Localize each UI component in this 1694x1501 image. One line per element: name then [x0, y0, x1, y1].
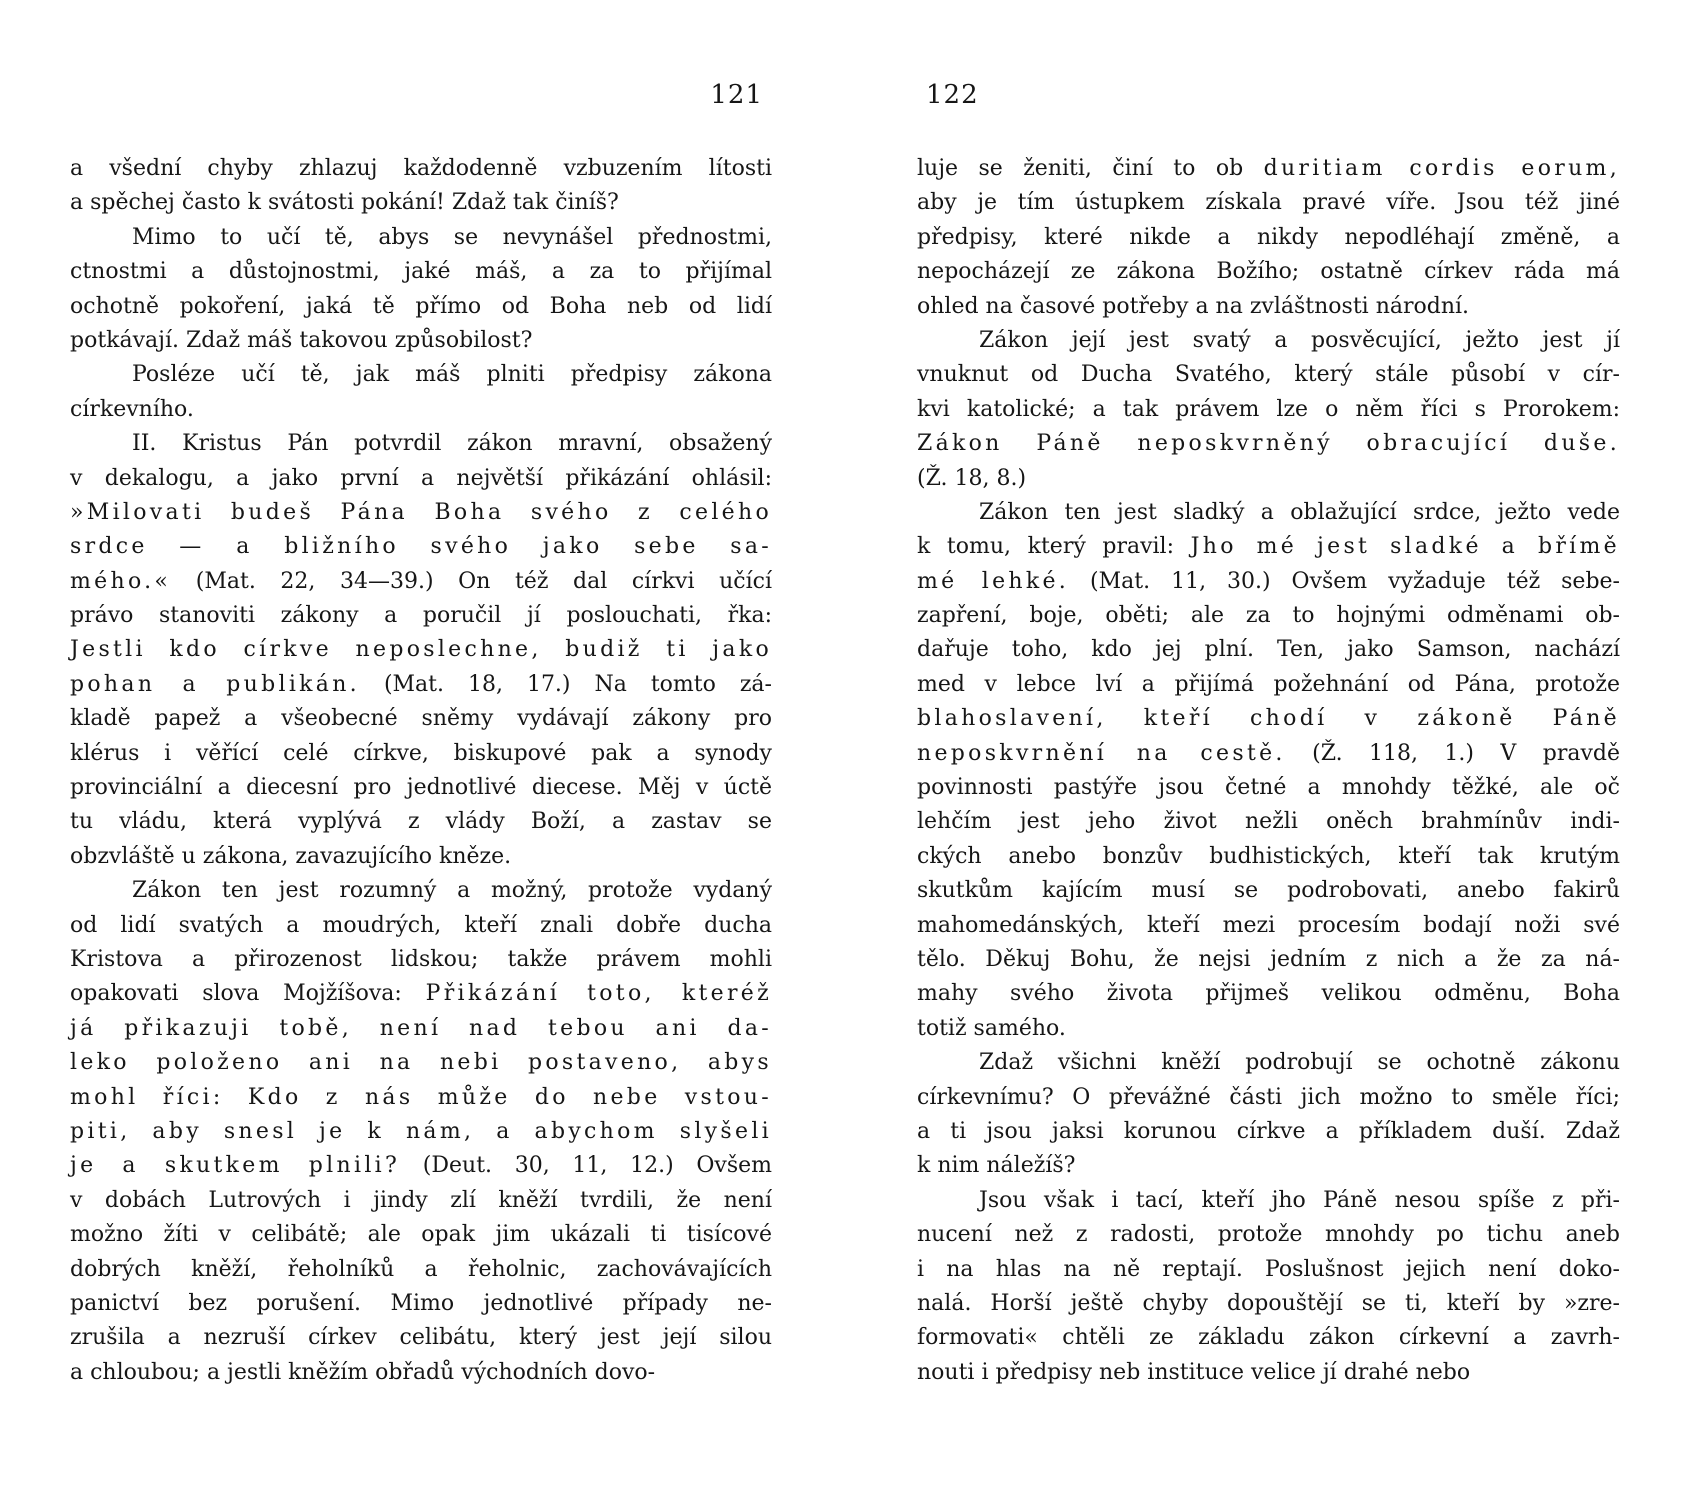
- text-segment: od lidí svatých a moudrých, kteří znali …: [70, 913, 772, 938]
- text-segment: formovati« chtěli ze základu zákon círke…: [917, 1325, 1620, 1350]
- text-line: ckých anebo bonzův budhistických, kteří …: [917, 840, 1620, 874]
- text-segment: nucení než z radosti, protože mnohdy po …: [917, 1222, 1620, 1247]
- text-segment: Jsou však i tací, kteří jho Páně nesou s…: [979, 1188, 1620, 1213]
- text-line: mohl říci: Kdo z nás může do nebe vstou-: [70, 1081, 772, 1115]
- text-line: Zákon ten jest sladký a oblažující srdce…: [917, 496, 1620, 530]
- text-line: piti, aby snesl je k nám, a abychom slyš…: [70, 1115, 772, 1149]
- text-segment: provinciální a diecesní pro jednotlivé d…: [70, 775, 772, 800]
- text-line: obzvláště u zákona, zavazujícího kněze.: [70, 840, 772, 874]
- text-line: nucení než z radosti, protože mnohdy po …: [917, 1218, 1620, 1252]
- text-segment: luje se ženiti, činí to ob: [917, 156, 1264, 181]
- text-segment: tělo. Děkuj Bohu, že nejsi jedním z nich…: [917, 947, 1620, 972]
- text-line: potkávají. Zdaž máš takovou způsobilost?: [70, 324, 772, 358]
- text-line: ctnostmi a důstojnostmi, jaké máš, a za …: [70, 255, 772, 289]
- text-segment: klérus i věřící celé církve, biskupové p…: [70, 741, 772, 766]
- text-line: luje se ženiti, činí to ob duritiam cord…: [917, 152, 1620, 186]
- text-segment: kladě papež a všeobecné sněmy vydávají z…: [70, 706, 772, 731]
- emphasized-text-segment: »Milovati budeš Pána Boha svého z celého: [70, 500, 772, 525]
- text-line: a chloubou; a jestli kněžím obřadů výcho…: [70, 1356, 772, 1390]
- text-segment: (Ž. 118, 1.) V pravdě: [1286, 741, 1620, 766]
- text-segment: povinnosti pastýře jsou četné a mnohdy t…: [917, 775, 1620, 800]
- text-line: dařuje toho, kdo jej plní. Ten, jako Sam…: [917, 633, 1620, 667]
- text-segment: právo stanoviti zákony a poručil jí posl…: [70, 603, 772, 628]
- text-segment: Posléze učí tě, jak máš plniti předpisy …: [132, 362, 772, 387]
- text-segment: aby je tím ústupkem získala pravé víře. …: [917, 190, 1620, 215]
- text-line: mého.« (Mat. 22, 34—39.) On též dal círk…: [70, 565, 772, 599]
- text-line: neposkvrnění na cestě. (Ž. 118, 1.) V pr…: [917, 737, 1620, 771]
- text-segment: možno žíti v celibátě; ale opak jim ukáz…: [70, 1222, 772, 1247]
- text-line: v dekalogu, a jako první a největší přik…: [70, 462, 772, 496]
- text-line: a spěchej často k svátosti pokání! Zdaž …: [70, 186, 772, 220]
- text-line: od lidí svatých a moudrých, kteří znali …: [70, 909, 772, 943]
- text-line: Zákon její jest svatý a posvěcující, jež…: [917, 324, 1620, 358]
- text-line: zapření, boje, oběti; ale za to hojnými …: [917, 599, 1620, 633]
- page-number-left: 121: [70, 78, 763, 112]
- text-line: opakovati slova Mojžíšova: Přikázání tot…: [70, 977, 772, 1011]
- text-line: dobrých kněží, řeholníků a řeholnic, zac…: [70, 1253, 772, 1287]
- text-segment: (Deut. 30, 11, 12.) Ovšem: [400, 1153, 772, 1178]
- text-segment: a všední chyby zhlazuj každodenně vzbuze…: [70, 156, 772, 181]
- text-segment: totiž samého.: [917, 1016, 1066, 1041]
- text-segment: dobrých kněží, řeholníků a řeholnic, zac…: [70, 1257, 772, 1282]
- text-line: církevnímu? O převážné části jich možno …: [917, 1081, 1620, 1115]
- text-line: mahy svého života přijmeš velikou odměnu…: [917, 977, 1620, 1011]
- text-segment: (Mat. 22, 34—39.) On též dal církvi učíc…: [171, 569, 772, 594]
- emphasized-text-segment: mé lehké.: [917, 569, 1069, 594]
- text-segment: nouti i předpisy neb instituce velice jí…: [917, 1360, 1470, 1385]
- book-spread: 121 122 a všední chyby zhlazuj každodenn…: [0, 0, 1694, 1501]
- text-line: blahoslavení, kteří chodí v zákoně Páně: [917, 702, 1620, 736]
- text-line: totiž samého.: [917, 1012, 1620, 1046]
- text-segment: vnuknut od Ducha Svatého, který stále pů…: [917, 362, 1620, 387]
- text-segment: Zákon ten jest sladký a oblažující srdce…: [979, 500, 1620, 525]
- text-line: církevního.: [70, 393, 772, 427]
- text-segment: panictví bez porušení. Mimo jednotlivé p…: [70, 1291, 772, 1316]
- text-segment: zrušila a nezruší církev celibátu, který…: [70, 1325, 772, 1350]
- text-segment: i na hlas na ně reptají. Poslušnost jeji…: [917, 1257, 1620, 1282]
- emphasized-text-segment: srdce — a bližního svého jako sebe sa-: [70, 534, 772, 559]
- text-line: »Milovati budeš Pána Boha svého z celého: [70, 496, 772, 530]
- text-segment: v dobách Lutrových i jindy zlí kněží tvr…: [70, 1188, 772, 1213]
- text-segment: mahy svého života přijmeš velikou odměnu…: [917, 981, 1620, 1006]
- emphasized-text-segment: Jestli kdo církve neposlechne, budiž ti …: [70, 637, 772, 662]
- emphasized-text-segment: blahoslavení, kteří chodí v zákoně Páně: [917, 706, 1620, 731]
- text-line: kvi katolické; a tak právem lze o něm ří…: [917, 393, 1620, 427]
- text-line: ochotně pokoření, jaká tě přímo od Boha …: [70, 290, 772, 324]
- text-line: i na hlas na ně reptají. Poslušnost jeji…: [917, 1253, 1620, 1287]
- text-line: možno žíti v celibátě; ale opak jim ukáz…: [70, 1218, 772, 1252]
- emphasized-text-segment: já přikazuji tobě, není nad tebou ani da…: [70, 1016, 772, 1041]
- text-line: Jsou však i tací, kteří jho Páně nesou s…: [917, 1184, 1620, 1218]
- text-segment: potkávají. Zdaž máš takovou způsobilost?: [70, 328, 532, 353]
- text-segment: k tomu, který pravil:: [917, 534, 1191, 559]
- text-segment: církevního.: [70, 397, 194, 422]
- text-line: II. Kristus Pán potvrdil zákon mravní, o…: [70, 427, 772, 461]
- text-line: leko položeno ani na nebi postaveno, aby…: [70, 1046, 772, 1080]
- emphasized-text-segment: Zákon Páně neposkvrněný obracující duše.: [917, 431, 1620, 456]
- text-segment: Zákon její jest svatý a posvěcující, jež…: [979, 328, 1620, 353]
- text-line: mé lehké. (Mat. 11, 30.) Ovšem vyžaduje …: [917, 565, 1620, 599]
- text-segment: a spěchej často k svátosti pokání! Zdaž …: [70, 190, 619, 215]
- text-segment: v dekalogu, a jako první a největší přik…: [70, 466, 772, 491]
- text-segment: zapření, boje, oběti; ale za to hojnými …: [917, 603, 1620, 628]
- text-line: k nim náležíš?: [917, 1149, 1620, 1183]
- emphasized-text-segment: mohl říci: Kdo z nás může do nebe vstou-: [70, 1085, 772, 1110]
- text-segment: ochotně pokoření, jaká tě přímo od Boha …: [70, 294, 772, 319]
- text-segment: předpisy, které nikde a nikdy nepodléhaj…: [917, 225, 1620, 250]
- text-segment: obzvláště u zákona, zavazujícího kněze.: [70, 844, 511, 869]
- text-line: formovati« chtěli ze základu zákon círke…: [917, 1321, 1620, 1355]
- text-line: klérus i věřící celé církve, biskupové p…: [70, 737, 772, 771]
- text-line: a ti jsou jaksi korunou církve a příklad…: [917, 1115, 1620, 1149]
- text-line: provinciální a diecesní pro jednotlivé d…: [70, 771, 772, 805]
- text-line: Zákon ten jest rozumný a možný, protože …: [70, 874, 772, 908]
- emphasized-text-segment: duritiam cordis eorum,: [1264, 156, 1620, 181]
- text-line: skutkům kajícím musí se podrobovati, ane…: [917, 874, 1620, 908]
- text-line: předpisy, které nikde a nikdy nepodléhaj…: [917, 221, 1620, 255]
- text-line: je a skutkem plnili? (Deut. 30, 11, 12.)…: [70, 1149, 772, 1183]
- text-segment: dařuje toho, kdo jej plní. Ten, jako Sam…: [917, 637, 1620, 662]
- emphasized-text-segment: Jho mé jest sladké a břímě: [1191, 534, 1620, 559]
- text-segment: (Mat. 18, 17.) Na tomto zá-: [360, 672, 772, 697]
- text-line: já přikazuji tobě, není nad tebou ani da…: [70, 1012, 772, 1046]
- text-line: Mimo to učí tě, abys se nevynášel předno…: [70, 221, 772, 255]
- text-segment: Kristova a přirozenost lidskou; takže pr…: [70, 947, 772, 972]
- text-segment: ckých anebo bonzův budhistických, kteří …: [917, 844, 1620, 869]
- text-segment: mahomedánských, kteří mezi procesím boda…: [917, 913, 1620, 938]
- text-segment: ctnostmi a důstojnostmi, jaké máš, a za …: [70, 259, 772, 284]
- text-line: Jestli kdo církve neposlechne, budiž ti …: [70, 633, 772, 667]
- text-line: nouti i předpisy neb instituce velice jí…: [917, 1356, 1620, 1390]
- page-121-text-column: a všední chyby zhlazuj každodenně vzbuze…: [70, 152, 772, 1390]
- text-segment: Mimo to učí tě, abys se nevynášel předno…: [132, 225, 772, 250]
- text-segment: opakovati slova Mojžíšova:: [70, 981, 426, 1006]
- text-segment: k nim náležíš?: [917, 1153, 1075, 1178]
- text-segment: nepocházejí ze zákona Božího; ostatně cí…: [917, 259, 1620, 284]
- text-line: povinnosti pastýře jsou četné a mnohdy t…: [917, 771, 1620, 805]
- text-segment: Zdaž všichni kněží podrobují se ochotně …: [979, 1050, 1620, 1075]
- text-line: Posléze učí tě, jak máš plniti předpisy …: [70, 358, 772, 392]
- text-line: Zdaž všichni kněží podrobují se ochotně …: [917, 1046, 1620, 1080]
- text-line: a všední chyby zhlazuj každodenně vzbuze…: [70, 152, 772, 186]
- text-line: nepocházejí ze zákona Božího; ostatně cí…: [917, 255, 1620, 289]
- text-line: zrušila a nezruší církev celibátu, který…: [70, 1321, 772, 1355]
- text-segment: ohled na časové potřeby a na zvláštnosti…: [917, 294, 1469, 319]
- text-segment: tu vládu, která vyplývá z vlády Boží, a …: [70, 809, 772, 834]
- page-122-text-column: luje se ženiti, činí to ob duritiam cord…: [917, 152, 1620, 1390]
- emphasized-text-segment: Přikázání toto, kteréž: [426, 981, 772, 1006]
- text-line: tělo. Děkuj Bohu, že nejsi jedním z nich…: [917, 943, 1620, 977]
- text-line: med v lebce lví a přijímá požehnání od P…: [917, 668, 1620, 702]
- emphasized-text-segment: leko položeno ani na nebi postaveno, aby…: [70, 1050, 772, 1075]
- emphasized-text-segment: neposkvrnění na cestě.: [917, 741, 1286, 766]
- text-segment: církevnímu? O převážné části jich možno …: [917, 1085, 1620, 1110]
- text-segment: lehčím jest jeho život nežli oněch brahm…: [917, 809, 1620, 834]
- text-segment: (Mat. 11, 30.) Ovšem vyžaduje též sebe-: [1069, 569, 1620, 594]
- text-line: Kristova a přirozenost lidskou; takže pr…: [70, 943, 772, 977]
- text-segment: skutkům kajícím musí se podrobovati, ane…: [917, 878, 1620, 903]
- page-number-right: 122: [926, 78, 979, 112]
- text-segment: kvi katolické; a tak právem lze o něm ří…: [917, 397, 1620, 422]
- text-segment: II. Kristus Pán potvrdil zákon mravní, o…: [132, 431, 772, 456]
- emphasized-text-segment: piti, aby snesl je k nám, a abychom slyš…: [70, 1119, 772, 1144]
- emphasized-text-segment: je a skutkem plnili?: [70, 1153, 400, 1178]
- text-line: ohled na časové potřeby a na zvláštnosti…: [917, 290, 1620, 324]
- text-line: pohan a publikán. (Mat. 18, 17.) Na tomt…: [70, 668, 772, 702]
- text-segment: a ti jsou jaksi korunou církve a příklad…: [917, 1119, 1620, 1144]
- text-segment: med v lebce lví a přijímá požehnání od P…: [917, 672, 1620, 697]
- text-line: (Ž. 18, 8.): [917, 462, 1620, 496]
- text-line: aby je tím ústupkem získala pravé víře. …: [917, 186, 1620, 220]
- text-line: nalá. Horší ještě chyby dopouštějí se ti…: [917, 1287, 1620, 1321]
- text-segment: nalá. Horší ještě chyby dopouštějí se ti…: [917, 1291, 1620, 1316]
- text-segment: Zákon ten jest rozumný a možný, protože …: [132, 878, 772, 903]
- text-line: Zákon Páně neposkvrněný obracující duše.: [917, 427, 1620, 461]
- text-line: srdce — a bližního svého jako sebe sa-: [70, 530, 772, 564]
- emphasized-text-segment: pohan a publikán.: [70, 672, 360, 697]
- emphasized-text-segment: mého.«: [70, 569, 171, 594]
- text-segment: (Ž. 18, 8.): [917, 466, 1026, 491]
- text-line: k tomu, který pravil: Jho mé jest sladké…: [917, 530, 1620, 564]
- text-line: panictví bez porušení. Mimo jednotlivé p…: [70, 1287, 772, 1321]
- text-line: právo stanoviti zákony a poručil jí posl…: [70, 599, 772, 633]
- text-line: v dobách Lutrových i jindy zlí kněží tvr…: [70, 1184, 772, 1218]
- text-line: mahomedánských, kteří mezi procesím boda…: [917, 909, 1620, 943]
- text-line: tu vládu, která vyplývá z vlády Boží, a …: [70, 805, 772, 839]
- text-line: vnuknut od Ducha Svatého, který stále pů…: [917, 358, 1620, 392]
- text-segment: a chloubou; a jestli kněžím obřadů výcho…: [70, 1360, 655, 1385]
- text-line: kladě papež a všeobecné sněmy vydávají z…: [70, 702, 772, 736]
- text-line: lehčím jest jeho život nežli oněch brahm…: [917, 805, 1620, 839]
